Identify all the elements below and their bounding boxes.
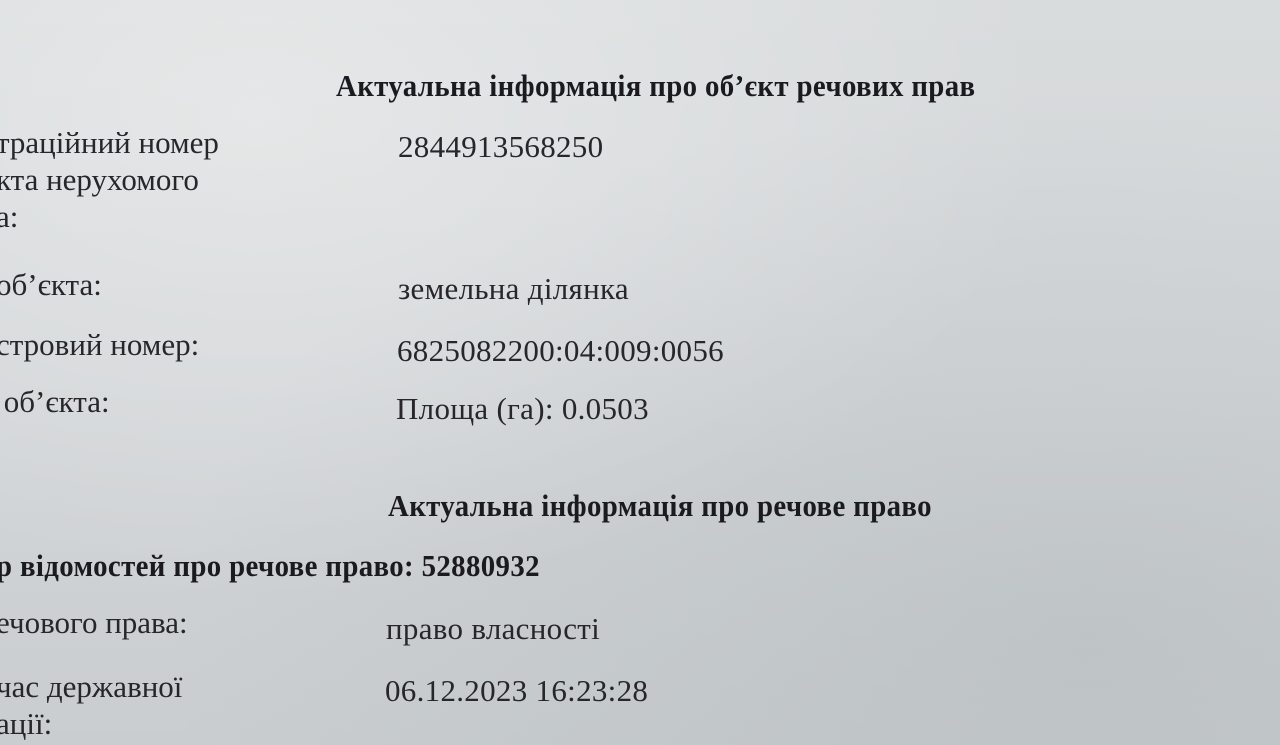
value-registration-datetime: 06.12.2023 16:23:28: [385, 672, 648, 709]
label-registration-number: траційний номер кта нерухомого а:: [0, 124, 219, 235]
value-cadastral-number: 6825082200:04:009:0056: [397, 332, 724, 369]
value-right-type: право власності: [386, 610, 600, 647]
value-object-area: Площа (га): 0.0503: [396, 390, 649, 427]
label-registration-datetime: час державної ації:: [0, 668, 182, 742]
label-object-description: об’єкта:: [0, 383, 110, 420]
document-photo: Актуальна інформація про об’єкт речових …: [0, 0, 1280, 745]
right-record-number: р відомостей про речове право: 52880932: [0, 548, 540, 584]
label-cadastral-number: стровий номер:: [0, 326, 199, 363]
section-heading-object: Актуальна інформація про об’єкт речових …: [336, 68, 975, 104]
label-object-type: об’єкта:: [0, 266, 102, 303]
value-object-type: земельна ділянка: [398, 270, 629, 307]
value-registration-number: 2844913568250: [398, 128, 603, 165]
label-right-type: ечового права:: [0, 604, 188, 641]
section-heading-right: Актуальна інформація про речове право: [388, 488, 932, 524]
